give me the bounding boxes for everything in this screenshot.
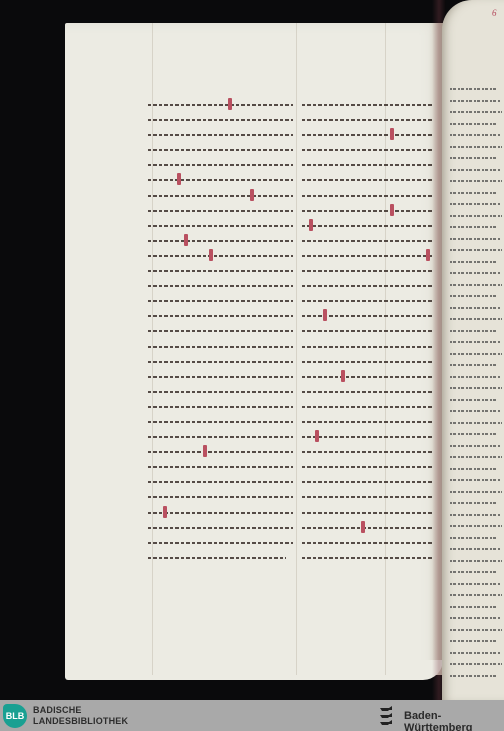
script-line [302,255,432,257]
script-line [450,399,498,401]
script-line [148,421,293,423]
script-line [450,548,500,550]
script-line [450,215,502,217]
script-line [450,502,498,504]
script-line [450,525,502,527]
script-line [148,210,293,212]
library-name-line2: LANDESBIBLIOTHEK [33,716,128,727]
script-line [302,557,432,559]
script-line [302,376,432,378]
script-line [148,346,293,348]
script-line [450,376,500,378]
script-line [148,255,293,257]
script-line [450,307,500,309]
script-line [302,391,432,393]
script-line [302,527,432,529]
script-line [302,451,432,453]
script-line [450,157,498,159]
script-line [450,663,502,665]
script-line [148,512,293,514]
library-name-line1: BADISCHE [33,705,128,716]
script-line [450,146,502,148]
script-line [450,111,502,113]
rubric-mark [203,445,207,457]
script-line [302,179,432,181]
script-line [302,240,432,242]
script-line [148,240,293,242]
script-line [450,238,500,240]
script-line [148,361,293,363]
script-line [450,364,498,366]
script-line [450,169,500,171]
script-line [302,210,432,212]
script-line [302,512,432,514]
script-line [450,560,502,562]
script-line [450,583,500,585]
script-line [148,557,286,559]
script-line [148,270,293,272]
script-line [148,164,293,166]
script-line [148,119,293,121]
script-line [450,123,498,125]
rubric-mark [341,370,345,382]
script-line [148,376,293,378]
script-line [450,134,500,136]
rubric-mark [309,219,313,231]
script-line [302,225,432,227]
script-line [302,330,432,332]
script-line [148,104,293,106]
script-line [148,225,293,227]
script-line [450,226,498,228]
script-line [302,104,432,106]
script-line [450,100,500,102]
script-line [450,88,498,90]
script-line [450,675,498,677]
rubric-mark [184,234,188,246]
script-line [450,261,498,263]
script-line [148,285,293,287]
script-line [450,537,498,539]
script-line [450,353,502,355]
text-column-a [148,104,293,572]
script-line [450,180,502,182]
rubric-mark [361,521,365,533]
script-line [450,491,502,493]
rubric-mark [315,430,319,442]
script-line [302,436,432,438]
script-line [450,652,500,654]
script-line [148,406,293,408]
script-line [302,346,432,348]
rubric-mark [228,98,232,110]
script-line [302,542,432,544]
rubric-mark [390,128,394,140]
library-name[interactable]: BADISCHE LANDESBIBLIOTHEK [33,705,128,727]
script-line [148,451,293,453]
script-line [450,514,500,516]
folio-number: 6 [492,8,497,18]
script-line [450,330,498,332]
script-line [450,445,500,447]
script-line [148,391,293,393]
script-line [302,119,432,121]
script-line [450,433,498,435]
script-line [450,606,498,608]
script-line [450,387,502,389]
script-line [302,406,432,408]
script-line [450,422,502,424]
rubric-mark [163,506,167,518]
script-line [148,179,293,181]
rubric-mark [209,249,213,261]
script-line [450,468,498,470]
script-line [148,330,293,332]
right-page-text [450,88,504,608]
script-line [450,617,500,619]
script-line [302,466,432,468]
script-line [450,594,502,596]
script-line [450,295,498,297]
script-line [148,542,293,544]
script-line [450,456,502,458]
script-line [148,466,293,468]
script-line [302,481,432,483]
script-line [302,134,432,136]
state-name[interactable]: Baden-Württemberg [404,710,504,731]
footer-bar: BLB BADISCHE LANDESBIBLIOTHEK Baden-Würt… [0,700,504,731]
script-line [450,284,502,286]
script-line [302,149,432,151]
script-line [302,315,432,317]
script-line [450,341,500,343]
script-line [450,203,500,205]
script-line [148,149,293,151]
rubric-mark [390,204,394,216]
script-line [302,361,432,363]
script-line [148,300,293,302]
rubric-mark [250,189,254,201]
script-line [302,285,432,287]
script-line [148,134,293,136]
script-line [450,192,498,194]
script-line [148,315,293,317]
page-bottom-edge [65,660,443,680]
ruling-line [296,23,297,675]
image-viewer[interactable]: 6 [0,0,504,700]
script-line [148,436,293,438]
script-line [148,527,293,529]
script-line [302,270,432,272]
script-line [450,629,502,631]
script-line [450,571,498,573]
script-line [302,164,432,166]
script-line [148,481,293,483]
script-line [450,318,502,320]
script-line [302,421,432,423]
rubric-mark [323,309,327,321]
blb-logo-icon[interactable]: BLB [3,704,27,728]
script-line [450,272,500,274]
script-line [148,496,293,498]
three-lions-icon [378,705,396,727]
script-line [450,479,500,481]
text-column-b [302,104,432,572]
script-line [450,410,500,412]
script-line [302,195,432,197]
script-line [148,195,293,197]
script-line [450,249,502,251]
rubric-mark [426,249,430,261]
script-line [302,496,432,498]
script-line [302,300,432,302]
rubric-mark [177,173,181,185]
script-line [450,640,498,642]
